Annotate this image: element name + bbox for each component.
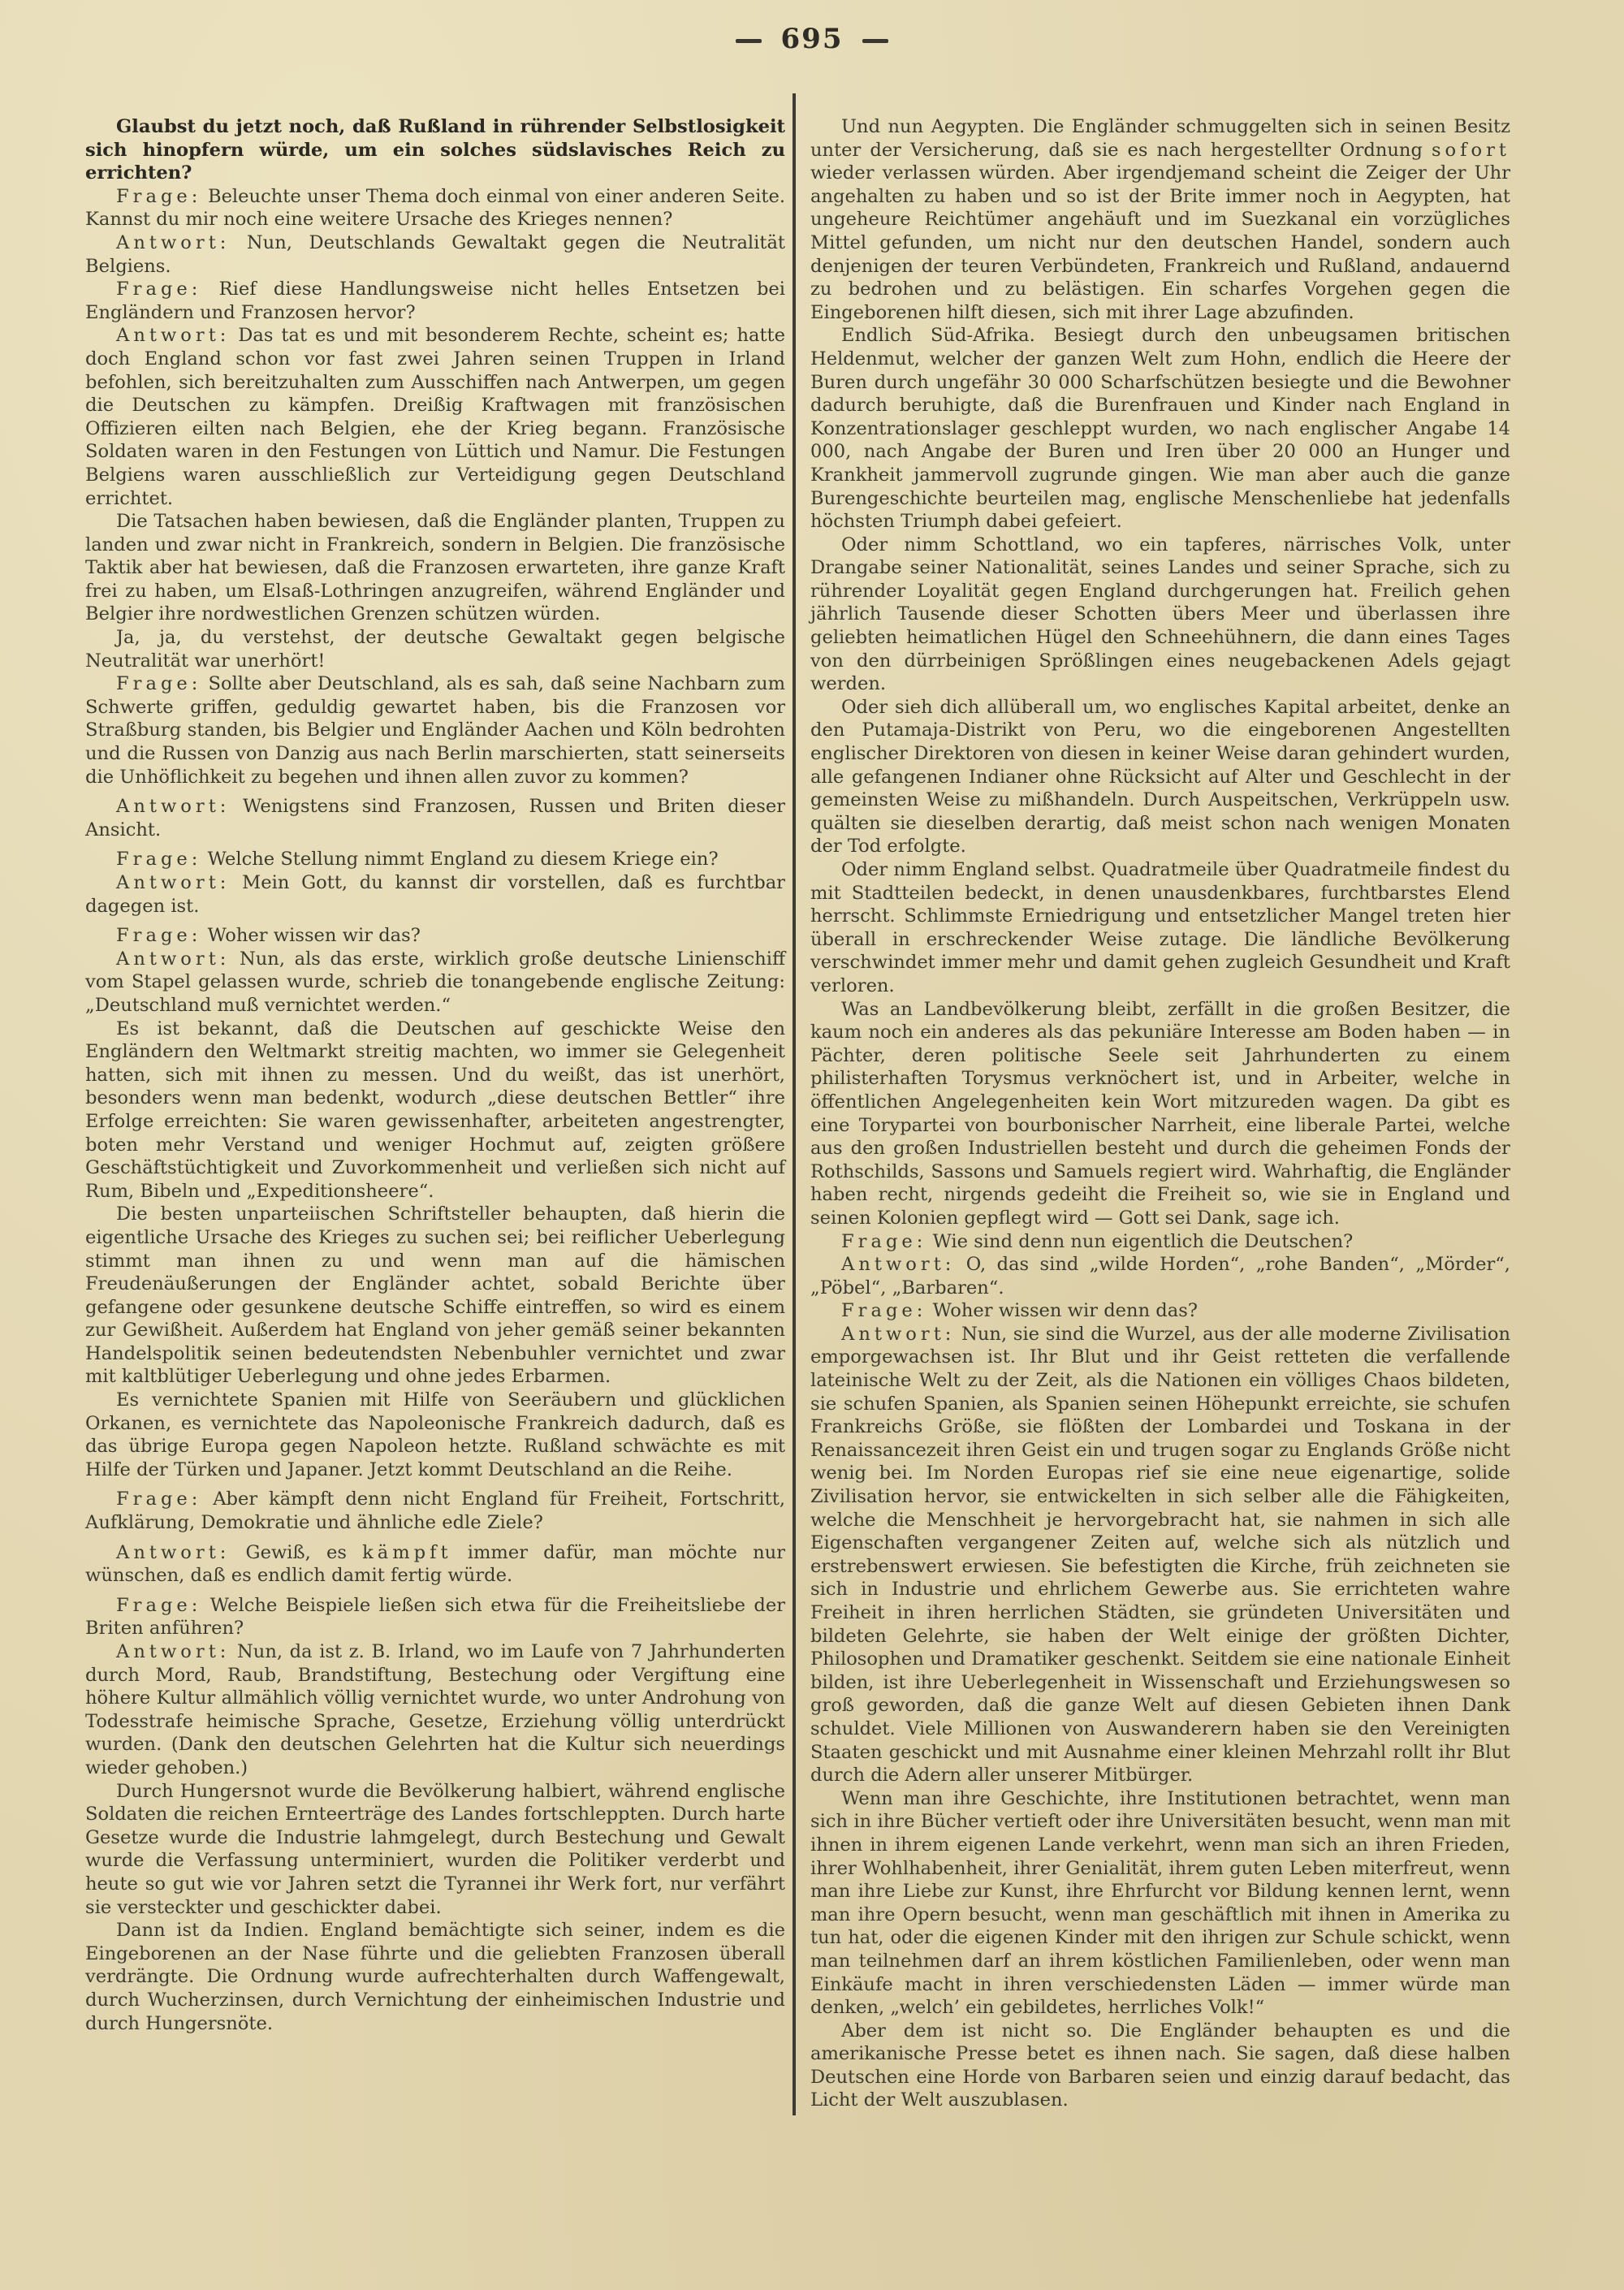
paragraph-text: Oder sieh dich allüberall um, wo englisc…	[810, 697, 1510, 858]
speaker-label: Frage:	[841, 1231, 926, 1252]
speaker-label: Antwort:	[116, 1542, 230, 1563]
page-number-header: 695	[0, 23, 1624, 55]
speaker-label: Antwort:	[116, 325, 230, 346]
text-paragraph: Es ist bekannt, daß die Deutschen auf ge…	[85, 1018, 785, 1203]
paragraph-text: Oder nimm England selbst. Quadratmeile ü…	[810, 859, 1510, 996]
question-paragraph: Frage: Beleuchte unser Thema doch einmal…	[85, 185, 785, 231]
speaker-label: Frage:	[116, 186, 201, 207]
paragraph-text: Welche Stellung nimmt England zu diesem …	[201, 849, 718, 870]
text-paragraph: Was an Landbevölkerung bleibt, zerfällt …	[810, 998, 1510, 1230]
paragraph-text: Woher wissen wir das?	[201, 925, 420, 946]
speaker-label: Antwort:	[116, 1641, 230, 1662]
paragraph-text: Und nun Aegypten. Die Engländer schmugge…	[810, 116, 1510, 161]
text-paragraph: Oder nimm England selbst. Quadratmeile ü…	[810, 858, 1510, 998]
text-paragraph: Wenn man ihre Geschichte, ihre Instituti…	[810, 1787, 1510, 2020]
question-paragraph: Frage: Rief diese Handlungsweise nicht h…	[85, 278, 785, 324]
paragraph-text: Dann ist da Indien. England bemächtigte …	[85, 1920, 785, 2033]
text-paragraph: Die Tatsachen haben bewiesen, daß die En…	[85, 510, 785, 626]
emphasized-word: kämpft	[362, 1542, 452, 1563]
speaker-label: Antwort:	[116, 948, 230, 970]
question-paragraph: Frage: Aber kämpft denn nicht England fü…	[85, 1488, 785, 1534]
question-paragraph: Frage: Wie sind denn nun eigentlich die …	[810, 1230, 1510, 1254]
answer-paragraph: Antwort: Nun, Deutschlands Gewaltakt geg…	[85, 231, 785, 278]
answer-paragraph: Antwort: Nun, als das erste, wirklich gr…	[85, 948, 785, 1018]
speaker-label: Antwort:	[841, 1324, 955, 1345]
emphasized-word: sofort	[1432, 140, 1510, 161]
paragraph-text-continued: wieder verlassen würden. Aber irgendjema…	[810, 162, 1510, 323]
right-column: Und nun Aegypten. Die Engländer schmugge…	[810, 115, 1510, 2112]
answer-paragraph: Antwort: O, das sind „wilde Horden“, „ro…	[810, 1253, 1510, 1299]
speaker-label: Frage:	[116, 925, 201, 946]
paragraph-text: Nun, sie sind die Wurzel, aus der alle m…	[810, 1324, 1510, 1786]
question-paragraph: Frage: Sollte aber Deutschland, als es s…	[85, 672, 785, 789]
speaker-label: Frage:	[841, 1300, 926, 1321]
answer-paragraph: Antwort: Nun, da ist z. B. Irland, wo im…	[85, 1640, 785, 1780]
paragraph-text: Gewiß, es	[230, 1542, 362, 1563]
paragraph-text: Durch Hungersnot wurde die Bevölkerung h…	[85, 1781, 785, 1918]
speaker-label: Frage:	[116, 1595, 201, 1616]
text-paragraph: Oder nimm Schottland, wo ein tapferes, n…	[810, 534, 1510, 696]
paragraph-text: Das tat es und mit besonderem Rechte, sc…	[85, 325, 785, 508]
text-paragraph: Endlich Süd-Afrika. Besiegt durch den un…	[810, 324, 1510, 533]
paragraph-text: Es ist bekannt, daß die Deutschen auf ge…	[85, 1018, 785, 1202]
speaker-label: Frage:	[116, 849, 201, 870]
page-number: 695	[781, 23, 844, 55]
question-paragraph: Frage: Welche Beispiele ließen sich etwa…	[85, 1594, 785, 1640]
paragraph-text: Endlich Süd-Afrika. Besiegt durch den un…	[810, 325, 1510, 532]
question-paragraph: Frage: Welche Stellung nimmt England zu …	[85, 848, 785, 871]
paragraph-text: Ja, ja, du verstehst, der deutsche Gewal…	[85, 627, 785, 672]
paragraph-text: Glaubst du jetzt noch, daß Rußland in rü…	[85, 116, 785, 184]
paragraph-text: Wenn man ihre Geschichte, ihre Instituti…	[810, 1788, 1510, 2018]
text-paragraph: Durch Hungersnot wurde die Bevölkerung h…	[85, 1780, 785, 1920]
text-paragraph: Und nun Aegypten. Die Engländer schmugge…	[810, 115, 1510, 324]
paragraph-text: Oder nimm Schottland, wo ein tapferes, n…	[810, 534, 1510, 695]
answer-paragraph: Antwort: Mein Gott, du kannst dir vorste…	[85, 871, 785, 918]
answer-paragraph: Antwort: Nun, sie sind die Wurzel, aus d…	[810, 1323, 1510, 1787]
text-paragraph: Dann ist da Indien. England bemächtigte …	[85, 1919, 785, 2035]
paragraph-text: Die Tatsachen haben bewiesen, daß die En…	[85, 511, 785, 624]
paragraph-text: Aber dem ist nicht so. Die Engländer beh…	[810, 2020, 1510, 2111]
answer-paragraph: Antwort: Gewiß, es kämpft immer dafür, m…	[85, 1541, 785, 1588]
speaker-label: Antwort:	[116, 232, 230, 253]
text-paragraph: Es vernichtete Spanien mit Hilfe von See…	[85, 1389, 785, 1481]
text-paragraph: Oder sieh dich allüberall um, wo englisc…	[810, 696, 1510, 858]
speaker-label: Frage:	[116, 279, 201, 300]
header-dash-left	[736, 39, 762, 43]
question-paragraph: Frage: Woher wissen wir das?	[85, 924, 785, 948]
paragraph-text: Wie sind denn nun eigentlich die Deutsch…	[926, 1231, 1353, 1252]
speaker-label: Frage:	[116, 1488, 201, 1510]
speaker-label: Antwort:	[841, 1254, 955, 1275]
answer-paragraph: Antwort: Das tat es und mit besonderem R…	[85, 324, 785, 510]
text-paragraph: Die besten unparteiischen Schriftsteller…	[85, 1203, 785, 1389]
header-dash-right	[862, 39, 888, 43]
text-paragraph: Glaubst du jetzt noch, daß Rußland in rü…	[85, 115, 785, 185]
paragraph-text: Die besten unparteiischen Schriftsteller…	[85, 1203, 785, 1387]
speaker-label: Frage:	[116, 673, 201, 694]
column-divider	[793, 93, 796, 2115]
left-column: Glaubst du jetzt noch, daß Rußland in rü…	[85, 115, 785, 2035]
text-paragraph: Ja, ja, du verstehst, der deutsche Gewal…	[85, 626, 785, 672]
speaker-label: Antwort:	[116, 872, 230, 893]
text-paragraph: Aber dem ist nicht so. Die Engländer beh…	[810, 2020, 1510, 2112]
question-paragraph: Frage: Woher wissen wir denn das?	[810, 1299, 1510, 1323]
speaker-label: Antwort:	[116, 796, 230, 817]
answer-paragraph: Antwort: Wenigstens sind Franzosen, Russ…	[85, 795, 785, 841]
paragraph-text: Es vernichtete Spanien mit Hilfe von See…	[85, 1389, 785, 1480]
paragraph-text: Was an Landbevölkerung bleibt, zerfällt …	[810, 999, 1510, 1229]
paragraph-text: Woher wissen wir denn das?	[926, 1300, 1198, 1321]
